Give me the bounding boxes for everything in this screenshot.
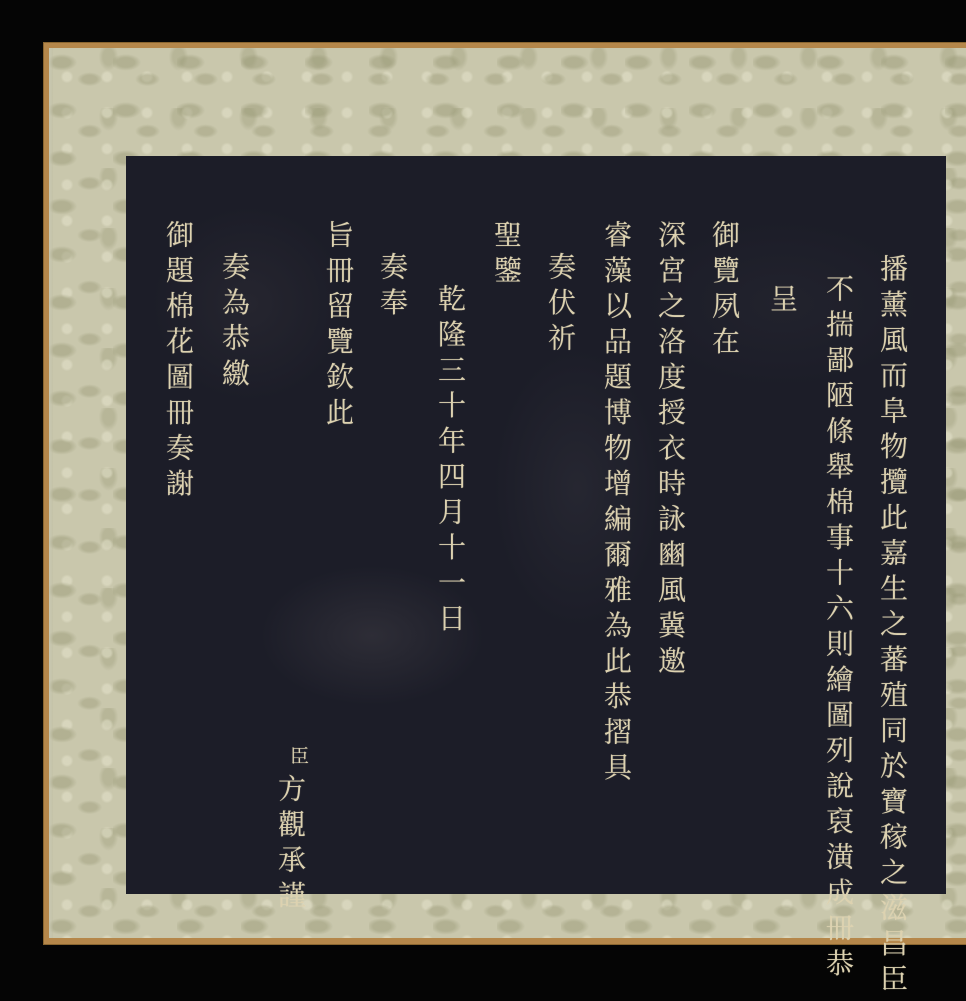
text-column-9: 乾隆三十年四月十一日 [436,284,464,639]
text-column-5: 深宮之洛度授衣時詠豳風冀邀 [656,220,684,682]
album-mount: 播薰風而阜物攬此嘉生之蕃殖同於寶稼之滋昌臣 不揣鄙陋條舉棉事十六則繪圖列說裒潢成… [43,42,966,945]
text-column-4: 御覽夙在 [710,220,738,362]
text-column-1: 播薰風而阜物攬此嘉生之蕃殖同於寶稼之滋昌臣 [878,254,906,1000]
signature-name: 方觀承謹 [276,774,304,916]
brocade-seam [49,48,53,938]
ink-paper-panel: 播薰風而阜物攬此嘉生之蕃殖同於寶稼之滋昌臣 不揣鄙陋條舉棉事十六則繪圖列說裒潢成… [126,156,946,894]
text-column-2: 不揣鄙陋條舉棉事十六則繪圖列說裒潢成冊恭 [824,274,852,984]
text-column-12: 奏為恭繳 [220,252,248,394]
brocade-border: 播薰風而阜物攬此嘉生之蕃殖同於寶稼之滋昌臣 不揣鄙陋條舉棉事十六則繪圖列說裒潢成… [49,48,966,938]
text-column-11: 旨冊留覽欽此 [324,220,352,433]
text-column-8: 聖鑒 [492,220,520,291]
text-column-6: 睿藻以品題博物增編爾雅為此恭摺具 [602,220,630,788]
text-column-3: 呈 [768,284,796,320]
text-column-10: 奏奉 [378,252,406,323]
text-column-13: 御題棉花圖冊奏謝 [164,220,192,504]
text-column-7: 奏伏祈 [546,252,574,359]
signature-title: 臣 [288,746,307,773]
